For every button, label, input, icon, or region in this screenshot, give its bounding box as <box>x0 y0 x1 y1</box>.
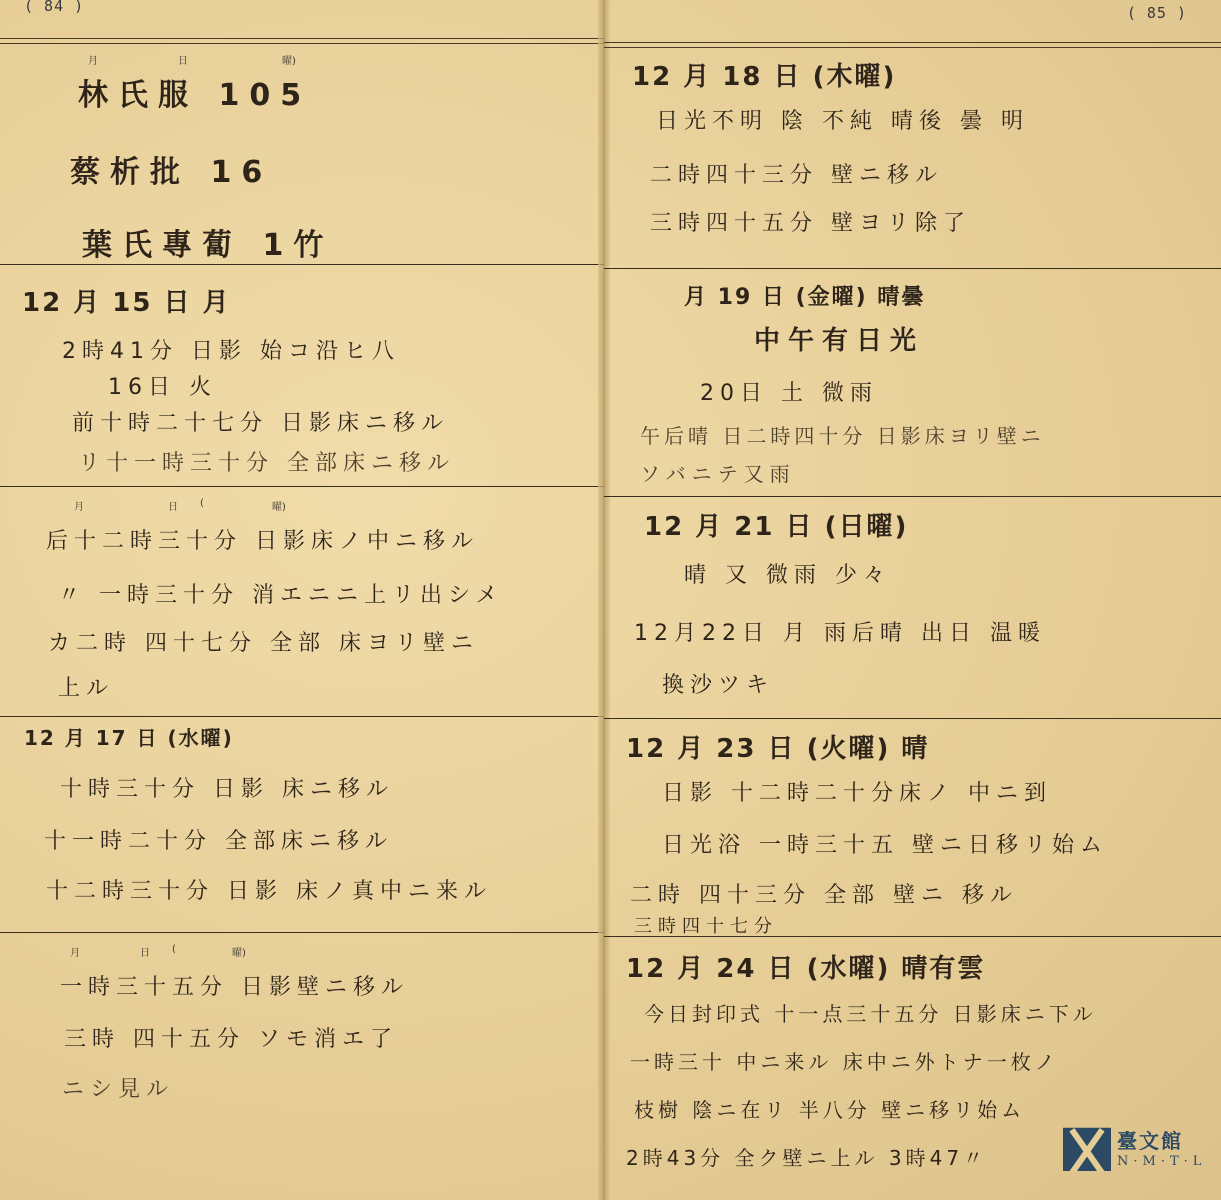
printed-day-label: 日 <box>168 498 178 513</box>
diary-entry: 12 月 23 日 (火曜) 晴 日影 十二時二十分床ノ 中ニ到 日光浴 一時三… <box>604 718 1221 937</box>
printed-month-label: 月 <box>70 944 80 959</box>
nmtl-watermark: 臺文館 N·M·T·L <box>1063 1112 1213 1182</box>
printed-day-label: 日 <box>178 52 188 67</box>
diary-entry: 月 日 曜) 林氏服 105 蔡析批 16 葉氏專蔔 1竹 <box>0 42 604 265</box>
diary-entry: 12 月 15 日 月 2時41分 日影 始コ沿ヒ八 16日 火 前十時二十七分… <box>0 264 604 487</box>
handwritten-line: 上ル <box>58 671 114 702</box>
entry-date: 12 月 24 日 (水曜) 晴有雲 <box>626 948 985 985</box>
handwritten-line: 二時 四十三分 全部 壁ニ 移ル <box>630 878 1018 909</box>
handwritten-line: 三時四十七分 <box>634 912 778 938</box>
entry-date: 12 月 21 日 (日曜) <box>644 506 908 543</box>
handwritten-line: 一時三十五分 日影壁ニ移ル <box>60 970 409 1001</box>
diary-spread: ( 84 ) 月 日 曜) 林氏服 105 蔡析批 16 葉氏專蔔 1竹 12 … <box>0 0 1221 1200</box>
printed-weekday-label: 曜) <box>232 944 246 959</box>
handwritten-line: 換沙ツキ <box>662 668 774 699</box>
entry-date: 12 月 15 日 月 <box>22 282 231 319</box>
handwritten-line: 二時四十三分 壁ニ移ル <box>650 158 943 189</box>
handwritten-line: 日光不明 陰 不純 晴後 曇 明 <box>656 104 1029 135</box>
printed-weekday-label: 曜) <box>272 498 286 513</box>
handwritten-line: 三時 四十五分 ソモ消エ了 <box>64 1022 398 1053</box>
entry-date: 月 19 日 (金曜) 晴曇 <box>684 280 925 311</box>
printed-month-label: 月 <box>88 52 98 67</box>
left-page: ( 84 ) 月 日 曜) 林氏服 105 蔡析批 16 葉氏專蔔 1竹 12 … <box>0 0 604 1200</box>
handwritten-line: 一時三十 中ニ来ル 床中ニ外トナ一枚ノ <box>630 1046 1059 1075</box>
handwritten-line: 十二時三十分 日影 床ノ真中ニ来ル <box>46 874 492 905</box>
handwritten-line: 日影 十二時二十分床ノ 中ニ到 <box>662 776 1052 807</box>
handwritten-line: 十一時二十分 全部床ニ移ル <box>44 824 393 855</box>
entry-date: 12 月 23 日 (火曜) 晴 <box>626 728 929 765</box>
printed-day-label: 日 <box>140 944 150 959</box>
diary-entry: 12 月 21 日 (日曜) 晴 又 微雨 少々 12月22日 月 雨后晴 出日… <box>604 496 1221 719</box>
handwritten-line: リ十一時三十分 全部床ニ移ル <box>78 446 455 477</box>
handwritten-line: 葉氏專蔔 1竹 <box>82 220 333 264</box>
handwritten-line: 日光浴 一時三十五 壁ニ日移リ始ム <box>662 828 1108 859</box>
watermark-chinese: 臺文館 <box>1117 1125 1206 1154</box>
nmtl-logo-icon <box>1063 1123 1111 1171</box>
diary-entry: 月 日 ( 曜) 后十二時三十分 日影床ノ中ニ移ル 〃 一時三十分 消エニニ上リ… <box>0 486 604 717</box>
handwritten-line: 蔡析批 16 <box>70 147 272 191</box>
handwritten-line: 三時四十五分 壁ヨリ除了 <box>650 206 971 237</box>
printed-paren: ( <box>172 944 176 955</box>
handwritten-line: カ二時 四十七分 全部 床ヨリ壁ニ <box>48 626 479 657</box>
handwritten-line: 中午有日光 <box>754 320 924 357</box>
watermark-english: N·M·T·L <box>1117 1154 1206 1169</box>
handwritten-line: 林氏服 105 <box>78 70 311 114</box>
printed-paren: ( <box>200 498 204 509</box>
diary-entry: 12 月 17 日 (水曜) 十時三十分 日影 床ニ移ル 十一時二十分 全部床ニ… <box>0 716 604 933</box>
handwritten-line: ニシ見ル <box>62 1072 174 1103</box>
handwritten-line: 枝樹 陰ニ在リ 半八分 壁ニ移リ始ム <box>634 1094 1025 1123</box>
handwritten-line: 2時43分 全ク壁ニ上ル 3時47〃 <box>626 1142 987 1171</box>
handwritten-line: 前十時二十七分 日影床ニ移ル <box>72 406 449 437</box>
page-number-right: ( 85 ) <box>1127 4 1187 22</box>
right-page: ( 85 ) 12 月 18 日 (木曜) 日光不明 陰 不純 晴後 曇 明 二… <box>604 0 1221 1200</box>
handwritten-line: 2時41分 日影 始コ沿ヒ八 <box>62 334 400 365</box>
handwritten-line: ソバニテ又雨 <box>640 458 796 487</box>
page-number-left: ( 84 ) <box>24 0 84 15</box>
handwritten-line: 今日封印式 十一点三十五分 日影床ニ下ル <box>644 998 1097 1027</box>
printed-weekday-label: 曜) <box>282 52 296 67</box>
handwritten-line: 午后晴 日二時四十分 日影床ヨリ壁ニ <box>640 420 1045 449</box>
entry-date: 12 月 17 日 (水曜) <box>24 722 234 751</box>
handwritten-line: 12月22日 月 雨后晴 出日 温暖 <box>634 616 1046 647</box>
handwritten-line: 20日 土 微雨 <box>700 376 878 407</box>
printed-month-label: 月 <box>74 498 84 513</box>
handwritten-line: 后十二時三十分 日影床ノ中ニ移ル <box>46 524 479 555</box>
diary-entry: 月 19 日 (金曜) 晴曇 中午有日光 20日 土 微雨 午后晴 日二時四十分… <box>604 268 1221 497</box>
entry-date: 12 月 18 日 (木曜) <box>632 56 896 93</box>
handwritten-line: 16日 火 <box>108 370 217 401</box>
handwritten-line: 十時三十分 日影 床ニ移ル <box>60 772 394 803</box>
diary-entry: 月 日 ( 曜) 一時三十五分 日影壁ニ移ル 三時 四十五分 ソモ消エ了 ニシ見… <box>0 932 604 1200</box>
diary-entry: 12 月 18 日 (木曜) 日光不明 陰 不純 晴後 曇 明 二時四十三分 壁… <box>604 46 1221 269</box>
handwritten-line: 晴 又 微雨 少々 <box>684 558 891 589</box>
handwritten-line: 〃 一時三十分 消エニニ上リ出シメ <box>58 578 503 609</box>
